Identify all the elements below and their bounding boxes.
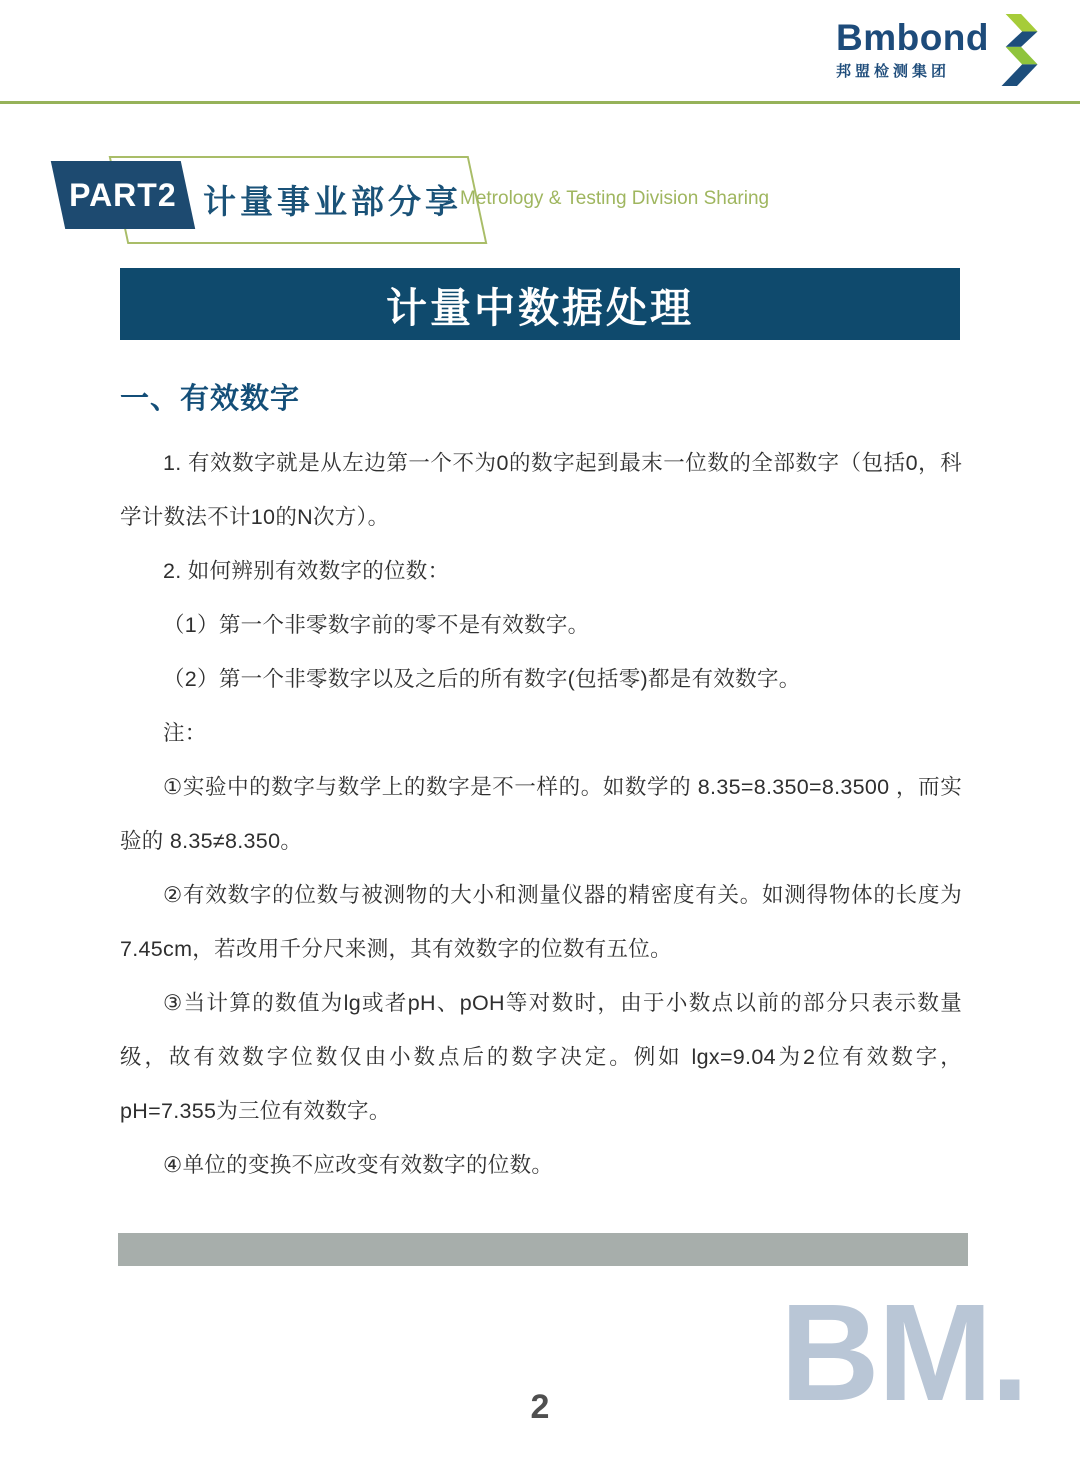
paragraph: （2）第一个非零数字以及之后的所有数字(包括零)都是有效数字。 <box>120 652 962 706</box>
brand-logo-text: Bmbond 邦盟检测集团 <box>836 19 989 81</box>
brand-logo: Bmbond 邦盟检测集团 <box>836 14 1040 86</box>
article-title-bar: 计量中数据处理 <box>120 268 960 340</box>
banner-title: 计量事业部分享 <box>203 176 462 223</box>
article-body: 1. 有效数字就是从左边第一个不为0的数字起到最末一位数的全部数字（包括0，科学… <box>120 436 962 1192</box>
section-heading: 一、有效数字 <box>120 376 300 417</box>
brand-name: Bmbond <box>836 19 989 56</box>
paragraph: ②有效数字的位数与被测物的大小和测量仪器的精密度有关。如测得物体的长度为7.45… <box>120 868 962 976</box>
bmbond-ribbon-icon <box>996 14 1040 86</box>
paragraph: （1）第一个非零数字前的零不是有效数字。 <box>120 598 962 652</box>
article-title: 计量中数据处理 <box>386 275 694 334</box>
page-number: 2 <box>0 1388 1080 1427</box>
part-label: PART2 <box>69 177 177 214</box>
footer-bar <box>118 1233 968 1266</box>
part-label-chip: PART2 <box>51 161 195 229</box>
header-divider <box>0 101 1080 104</box>
document-page: Bmbond 邦盟检测集团 PART2 计量事业部分享 Metrology & … <box>0 0 1080 1466</box>
brand-name-cn: 邦盟检测集团 <box>836 60 989 81</box>
paragraph: 1. 有效数字就是从左边第一个不为0的数字起到最末一位数的全部数字（包括0，科学… <box>120 436 962 544</box>
paragraph: ①实验中的数字与数学上的数字是不一样的。如数学的 8.35=8.350=8.35… <box>120 760 962 868</box>
paragraph: 注： <box>120 706 962 760</box>
paragraph: ④单位的变换不应改变有效数字的位数。 <box>120 1138 962 1192</box>
paragraph: 2. 如何辨别有效数字的位数： <box>120 544 962 598</box>
paragraph: ③当计算的数值为lg或者pH、pOH等对数时，由于小数点以前的部分只表示数量级，… <box>120 976 962 1138</box>
banner-subtitle: Metrology & Testing Division Sharing <box>460 188 769 210</box>
